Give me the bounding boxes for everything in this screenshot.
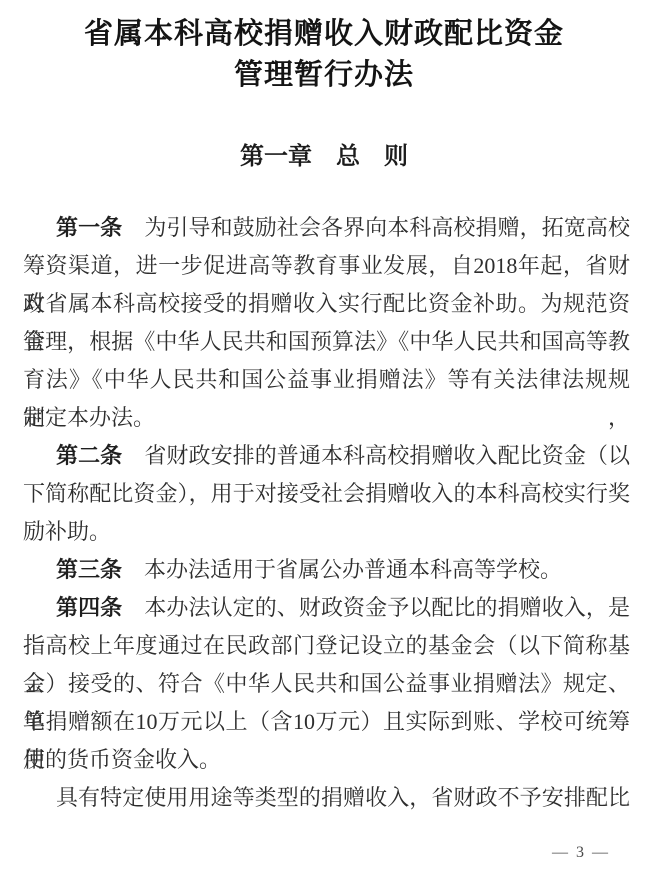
article-number-label: 第三条 xyxy=(56,557,122,582)
body-line: 第三条 本办法适用于省属公办普通本科高等学校。 xyxy=(23,551,630,589)
body-line: 笔捐赠额在10万元以上（含10万元）且实际到账、学校可统筹使 xyxy=(23,703,630,741)
document-body: 第一条 为引导和鼓励社会各界向本科高校捐赠，拓宽高校筹资渠道，进一步促进高等教育… xyxy=(0,209,648,817)
body-line: 筹资渠道，进一步促进高等教育事业发展，自2018年起，省财政 xyxy=(23,247,630,285)
body-line: 第一条 为引导和鼓励社会各界向本科高校捐赠，拓宽高校 xyxy=(23,209,630,247)
body-line: 会）接受的、符合《中华人民共和国公益事业捐赠法》规定、单 xyxy=(23,665,630,703)
document-title-line-1: 省属本科高校捐赠收入财政配比资金 xyxy=(0,14,648,55)
body-line: 第二条 省财政安排的普通本科高校捐赠收入配比资金（以 xyxy=(23,437,630,475)
body-line: 用的货币资金收入。 xyxy=(23,741,630,779)
article-number-label: 第一条 xyxy=(56,215,122,240)
document-title-line-2: 管理暂行办法 xyxy=(0,55,648,96)
document-page: 省属本科高校捐赠收入财政配比资金 管理暂行办法 第一章 总 则 第一条 为引导和… xyxy=(0,0,648,881)
body-line: 励补助。 xyxy=(23,513,630,551)
chapter-heading: 第一章 总 则 xyxy=(0,143,648,171)
body-line: 管理，根据《中华人民共和国预算法》《中华人民共和国高等教 xyxy=(23,323,630,361)
page-number: — 3 — xyxy=(552,843,610,863)
article-number-label: 第四条 xyxy=(56,595,122,620)
body-line: 下简称配比资金），用于对接受社会捐赠收入的本科高校实行奖 xyxy=(23,475,630,513)
body-line: 育法》《中华人民共和国公益事业捐赠法》等有关法律法规规定， xyxy=(23,361,630,399)
body-line: 指高校上年度通过在民政部门登记设立的基金会（以下简称基金 xyxy=(23,627,630,665)
body-line: 对省属本科高校接受的捐赠收入实行配比资金补助。为规范资金 xyxy=(23,285,630,323)
body-line: 具有特定使用用途等类型的捐赠收入，省财政不予安排配比 xyxy=(23,779,630,817)
body-line: 第四条 本办法认定的、财政资金予以配比的捐赠收入，是 xyxy=(23,589,630,627)
article-number-label: 第二条 xyxy=(56,443,122,468)
document-title: 省属本科高校捐赠收入财政配比资金 管理暂行办法 xyxy=(0,0,648,96)
